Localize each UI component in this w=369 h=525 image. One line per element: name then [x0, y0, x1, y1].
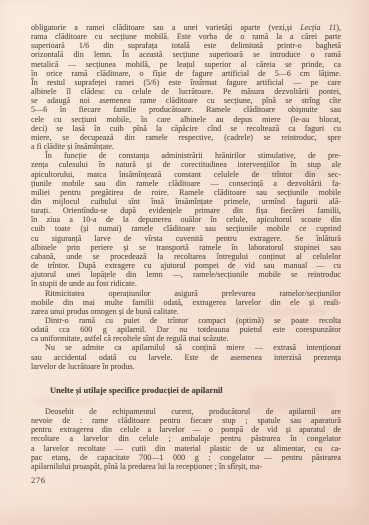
text-line: Dintr-o ramă cu puiet de trîntor compact… [31, 316, 341, 325]
text-line: de trîntor. După extragere cu ajutorul p… [31, 261, 341, 270]
text-line: albinele prin periere și se transportă r… [31, 243, 341, 252]
text-line: nevoie de : rame clăditoare pentru fieca… [31, 416, 341, 425]
text-line: 5—6 în fiecare familie producătoare. Ram… [31, 105, 341, 114]
text-line: odată cca 600 g apilarnil. Dar nu totdea… [31, 325, 341, 334]
text-line: pac etanș, de capacitate 700—1 000 g ; c… [31, 453, 341, 462]
page-text: obligatorie a ramei clăditoare sau a une… [31, 23, 341, 471]
text-line: sau accidental odată cu larvele. Este de… [31, 353, 341, 362]
text-line: albinele îl clădesc cu celule de lucrăto… [31, 87, 341, 96]
paragraph: Deosebit de echipamentul curent, producă… [31, 407, 341, 471]
paragraph: În funcție de constanța administrării hr… [31, 151, 341, 288]
page-number: 276 [31, 475, 46, 485]
text-line: Deosebit de echipamentul curent, producă… [31, 407, 341, 416]
text-line: În restul suprafeței ramei (5/6) este în… [31, 78, 341, 87]
text-line: a larvelor recoltate — cutii din materia… [31, 444, 341, 453]
text-line: metalică — secțiunea mobilă, pe leațul s… [31, 60, 341, 69]
text-line: din mijlocul cuibului sînt însă însămînț… [31, 197, 341, 206]
section-heading: Unelte și utilaje specifice producției d… [31, 385, 341, 395]
text-line: țiunile mobile sau din ramele clăditoare… [31, 179, 341, 188]
text-line: în orice ramă clăditoare, o fîșie de fag… [31, 69, 341, 78]
text-line: pentru extragerea din celule a larvelor … [31, 425, 341, 434]
paragraph: Nu se admite ca apilarnilul să conțină m… [31, 343, 341, 370]
text-line: miliei pentru pregătirea de roire. Ramel… [31, 188, 341, 197]
text-line: în stupii de unde au fost ridicate. [31, 279, 341, 288]
text-line: cu siguranță larve de vîrsta cuvenită pe… [31, 234, 341, 243]
text-line: ca uniformitate, astfel că recoltele sîn… [31, 334, 341, 343]
text-line: zența culesului în natură și de corectit… [31, 160, 341, 169]
book-page: obligatorie a ramei clăditoare sau a une… [0, 0, 369, 525]
text-line: În funcție de constanța administrării hr… [31, 151, 341, 160]
text-line: mobile din mai multe familii odată, extr… [31, 298, 341, 307]
text-line: turați. Orientîndu-se după evidențele pr… [31, 206, 341, 215]
text-line: Ritmicitatea operațiunilor asigură prele… [31, 289, 341, 298]
text-line: cabană, unde se procedează la recoltarea… [31, 252, 341, 261]
text-line: larvelor de lucrătoare în produs. [31, 362, 341, 371]
text-segment: obligatorie a ramei clăditoare sau a une… [31, 23, 300, 32]
text-line: apicultorului, matca însămînțează consta… [31, 170, 341, 179]
text-line: orizontală din lemn. În această secțiune… [31, 50, 341, 59]
text-line: deci) se lasă în cuib pînă la căpăcire c… [31, 124, 341, 133]
text-line: rama clăditoare cu secțiune mobilă. Este… [31, 32, 341, 41]
text-line: cele cu secțiuni mobile, în care albinel… [31, 115, 341, 124]
text-line: în ziua a 10-a de la depunerea ouălor în… [31, 215, 341, 224]
text-line: a fi clădite și însămînțate. [31, 142, 341, 151]
text-line: zarea unui produs omogen și de bună cali… [31, 307, 341, 316]
text-line: cuib toate (și numai) ramele clăditoare … [31, 224, 341, 233]
paragraph: obligatorie a ramei clăditoare sau a une… [31, 23, 341, 151]
text-line: se adaugă noi asemenea rame clăditoare c… [31, 96, 341, 105]
text-line: ajutorul unei lopățele din lemn —, ramel… [31, 270, 341, 279]
paragraph: Ritmicitatea operațiunilor asigură prele… [31, 289, 341, 316]
text-line: Nu se admite ca apilarnilul să conțină m… [31, 343, 341, 352]
text-line: obligatorie a ramei clăditoare sau a une… [31, 23, 341, 32]
text-line: miere, se decupează din ramele respectiv… [31, 133, 341, 142]
text-line: apilarnilului proaspăt, pînă la predarea… [31, 462, 341, 471]
italic-reference: Lecția 11 [300, 23, 336, 32]
text-line: recoltare a larvelor din celule ; ambala… [31, 434, 341, 443]
paragraph: Dintr-o ramă cu puiet de trîntor compact… [31, 316, 341, 343]
text-segment: ), [336, 23, 341, 32]
